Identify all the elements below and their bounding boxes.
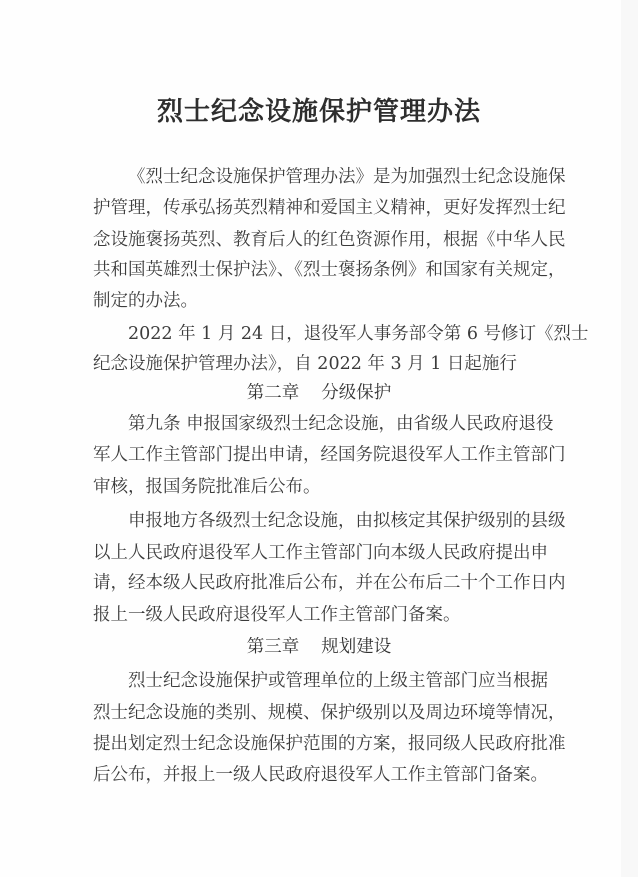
paragraph-line: 申报地方各级烈士纪念设施，由拟核定其保护级别的县级 xyxy=(128,510,535,532)
paragraph-line: 念设施褒扬英烈、教育后人的红色资源作用，根据《中华人民 xyxy=(93,229,535,251)
paragraph-line: 第九条 申报国家级烈士纪念设施，由省级人民政府退役 xyxy=(128,413,535,435)
paragraph-line: 烈士纪念设施的类别、规模、保护级别以及周边环境等情况， xyxy=(93,702,535,724)
paragraph-line: 军人工作主管部门提出申请，经国务院退役军人工作主管部门 xyxy=(93,444,535,466)
paragraph-line: 提出划定烈士纪念设施保护范围的方案，报同级人民政府批准 xyxy=(93,733,535,755)
paragraph-line: 以上人民政府退役军人工作主管部门向本级人民政府提出申 xyxy=(93,542,535,564)
chapter-heading: 第三章规划建设 xyxy=(0,636,638,658)
paragraph-line: 请，经本级人民政府批准后公布，并在公布后二十个工作日内 xyxy=(93,572,535,594)
chapter-number: 第三章 xyxy=(247,637,300,657)
paragraph-line: 共和国英雄烈士保护法》、《烈士褒扬条例》和国家有关规定， xyxy=(93,259,535,281)
paragraph-line: 护管理，传承弘扬英烈精神和爱国主义精神，更好发挥烈士纪 xyxy=(93,197,535,219)
paragraph-line: 后公布，并报上一级人民政府退役军人工作主管部门备案。 xyxy=(93,764,535,786)
document-page: 烈士纪念设施保护管理办法 《烈士纪念设施保护管理办法》是为加强烈士纪念设施保 护… xyxy=(0,0,638,877)
paragraph-line: 2022 年 1 月 24 日，退役军人事务部令第 6 号修订《烈士 xyxy=(128,323,535,345)
chapter-number: 第二章 xyxy=(247,383,300,403)
page-edge xyxy=(621,0,638,877)
paragraph-line: 审核，报国务院批准后公布。 xyxy=(93,476,535,498)
document-title: 烈士纪念设施保护管理办法 xyxy=(0,96,638,128)
paragraph-line: 纪念设施保护管理办法》，自 2022 年 3 月 1 日起施行 xyxy=(93,353,535,375)
chapter-name: 规划建设 xyxy=(321,637,391,657)
chapter-heading: 第二章分级保护 xyxy=(0,382,638,404)
chapter-name: 分级保护 xyxy=(321,383,391,403)
paragraph-line: 制定的办法。 xyxy=(93,290,535,312)
paragraph-line: 报上一级人民政府退役军人工作主管部门备案。 xyxy=(93,604,535,626)
paragraph-line: 烈士纪念设施保护或管理单位的上级主管部门应当根据 xyxy=(128,670,535,692)
paragraph-line: 《烈士纪念设施保护管理办法》是为加强烈士纪念设施保 xyxy=(128,166,535,188)
